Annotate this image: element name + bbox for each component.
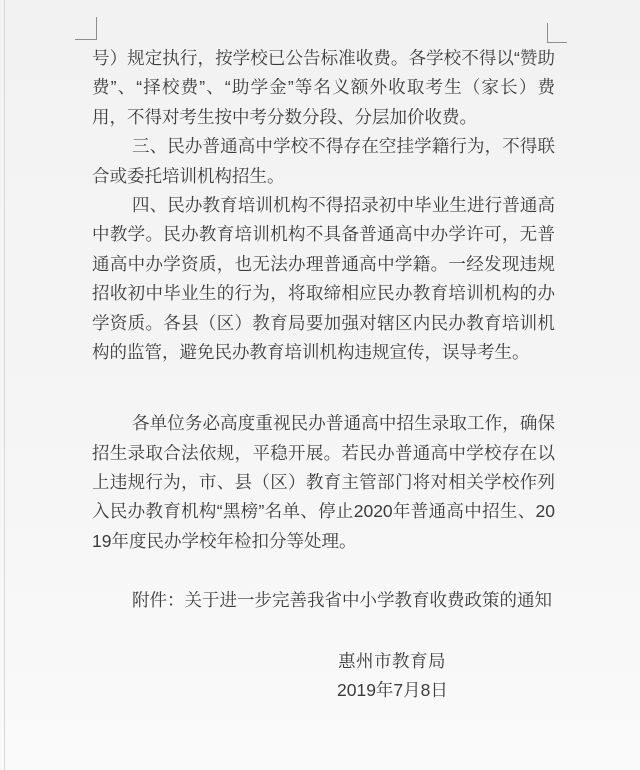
document-body: 号）规定执行，按学校已公告标准收费。各学校不得以“赞助 费”、“择校费”、“助学… (92, 44, 555, 705)
signature-date: 2019年7月8日 (337, 676, 555, 705)
document-line: 中教学。民办教育培训机构不具备普通高中办学许可，无普 (92, 220, 555, 249)
document-line: 三、民办普通高中学校不得存在空挂学籍行为，不得联 (92, 132, 555, 161)
attachment-line: 附件：关于进一步完善我省中小学教育收费政策的通知 (92, 586, 555, 615)
paragraph-gap (92, 367, 555, 409)
text-boundary-mark-top-left (75, 17, 97, 40)
document-line: 用，不得对考生按中考分数分段、分层加价收费。 (92, 103, 555, 132)
document-line: 招生录取合法依规，平稳开展。若民办普通高中学校存在以 (92, 439, 555, 468)
scanned-document-page: 号）规定执行，按学校已公告标准收费。各学校不得以“赞助 费”、“择校费”、“助学… (0, 0, 640, 770)
text-boundary-mark-top-right (547, 23, 567, 43)
document-line: 学资质。各县（区）教育局要加强对辖区内民办教育培训机 (92, 309, 555, 338)
paragraph-gap (92, 616, 555, 647)
document-line: 招收初中毕业生的行为，将取缔相应民办教育培训机构的办 (92, 279, 555, 308)
document-line: 合或委托培训机构招生。 (92, 162, 555, 191)
document-line: 构的监管，避免民办教育培训机构违规宣传，误导考生。 (92, 338, 555, 367)
page-edge-line (4, 0, 5, 770)
document-line: 上违规行为，市、县（区）教育主管部门将对相关学校作列 (92, 468, 555, 497)
document-line: 通高中办学资质，也无法办理普通高中学籍。一经发现违规 (92, 250, 555, 279)
document-line: 四、民办教育培训机构不得招录初中毕业生进行普通高 (92, 191, 555, 220)
document-line: 费”、“择校费”、“助学金”等名义额外收取考生（家长）费 (92, 73, 555, 102)
paragraph-gap (92, 556, 555, 586)
document-line: 各单位务必高度重视民办普通高中招生录取工作，确保 (92, 409, 555, 438)
document-line: 19年度民办学校年检扣分等处理。 (92, 527, 555, 556)
document-line: 号）规定执行，按学校已公告标准收费。各学校不得以“赞助 (92, 44, 555, 73)
document-line: 入民办教育机构“黑榜”名单、停止2020年普通高中招生、20 (92, 497, 555, 526)
signature-issuer: 惠州市教育局 (338, 647, 555, 676)
